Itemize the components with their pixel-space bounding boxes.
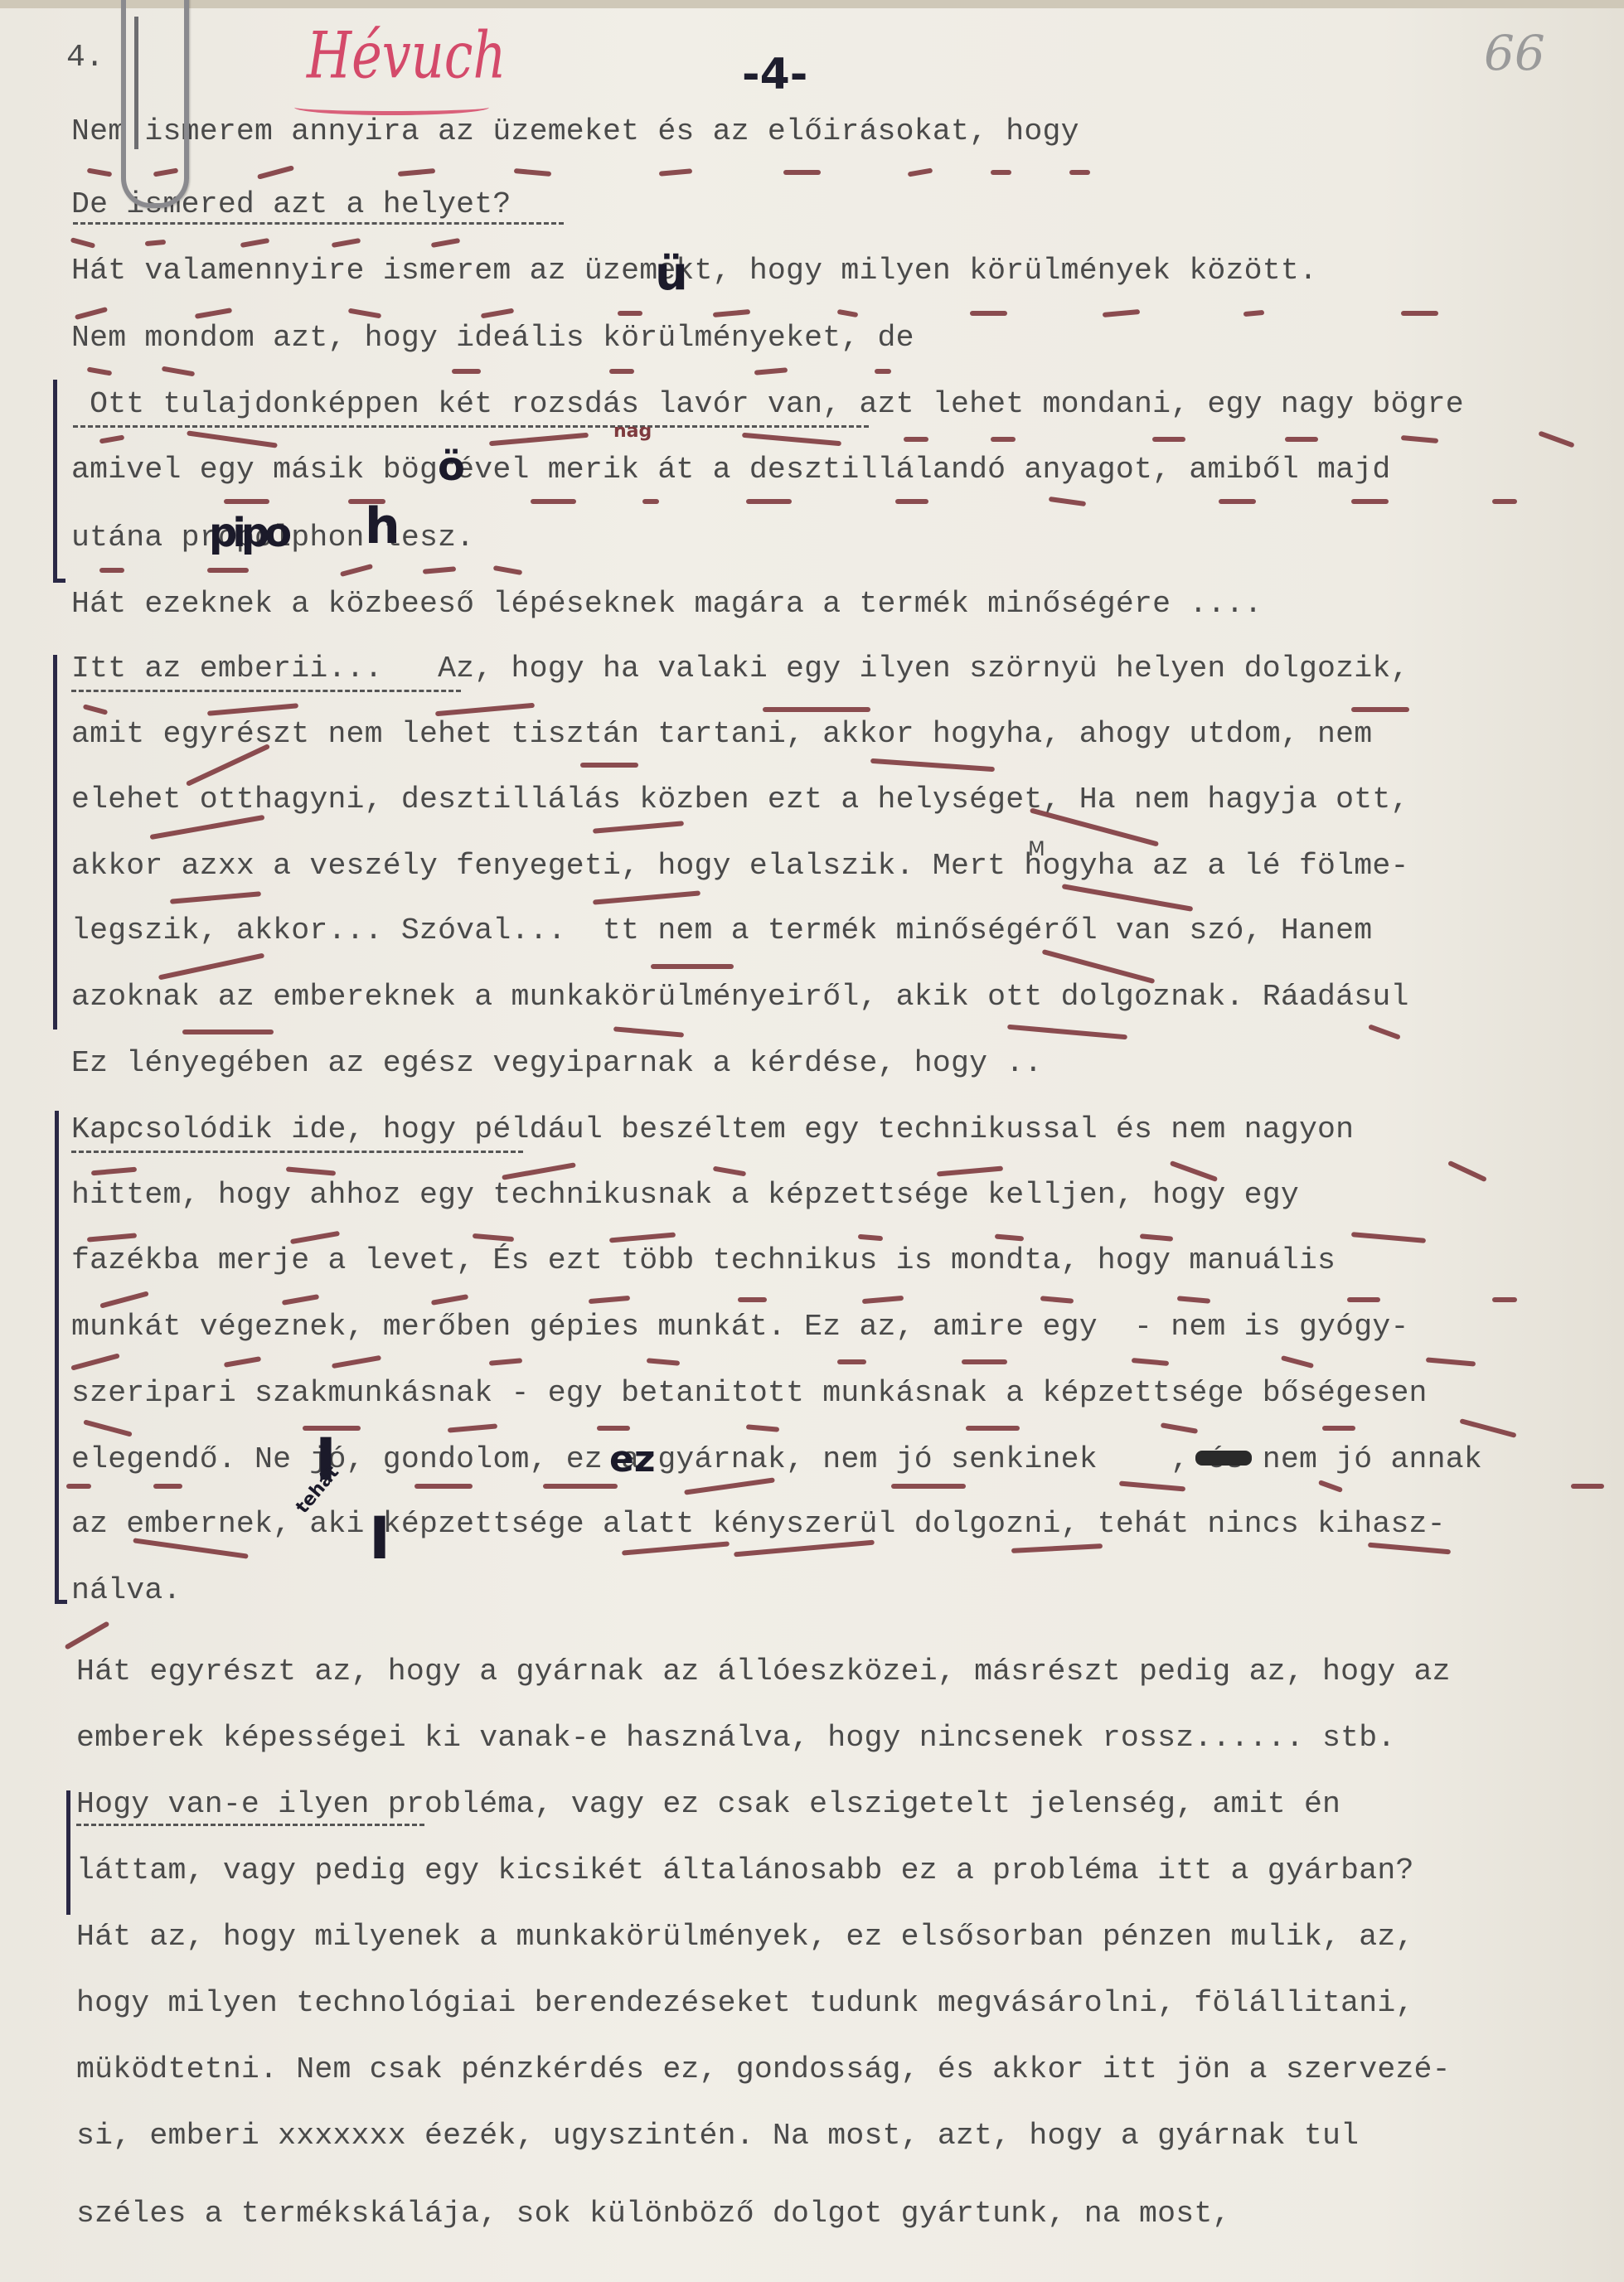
typed-line: legszik, akkor... Szóval... tt nem a ter… [71,913,1372,947]
red-pen-underline [1140,1233,1173,1241]
typed-line: Hát egyrészt az, hogy a gyárnak az állóe… [76,1655,1451,1688]
red-pen-underline [414,1484,473,1489]
red-pen-underline [891,1484,966,1489]
red-pen-underline [1152,437,1185,442]
red-pen-underline [452,369,481,374]
typed-line: si, emberi xxxxxxx éezék, ugyszintén. Na… [76,2119,1359,2153]
handwritten-correction: I [369,1504,390,1572]
red-pen-underline [162,366,195,377]
red-pen-underline [99,568,124,573]
red-pen-underline [622,1541,730,1555]
red-pen-underline [423,566,456,574]
paper-clip [121,0,189,208]
red-pen-underline [1322,1426,1355,1431]
red-pen-underline [908,167,933,177]
red-pen-underline [742,433,841,446]
red-pen-underline [962,1359,1007,1364]
red-pen-underline [991,437,1016,442]
red-pen-underline [153,1484,182,1489]
page-top-edge [0,0,1624,8]
red-pen-underline [543,1484,618,1489]
typed-line: müködtetni. Nem csak pénzkérdés ez, gond… [76,2052,1451,2086]
red-pen-underline [1069,170,1090,175]
red-pen-underline [937,1166,1003,1177]
red-pen-underline [286,1166,336,1175]
red-pen-underline [99,434,125,443]
typed-line: Hát ezeknek a közbeeső lépéseknek magára… [71,587,1263,621]
red-pen-underline [170,891,261,904]
red-pen-underline [531,499,576,504]
document-page: 4. Hévuch -4- 66 Nem ismerem annyira az … [0,0,1624,2282]
typed-line: láttam, vagy pedig egy kicsikét általáno… [76,1853,1414,1887]
red-pen-underline [783,170,821,175]
red-pen-underline [158,953,264,981]
typed-line: Itt az emberii... Az, hogy ha valaki egy… [71,652,1409,686]
handwritten-page-mark: -4- [742,50,807,99]
red-pen-underline [1103,309,1140,317]
handwritten-correction: M [1028,837,1045,860]
red-pen-underline [597,1426,630,1431]
red-pen-underline [1119,1481,1185,1492]
red-pen-underline [763,707,870,712]
red-pen-underline [613,1026,684,1037]
typed-line: Nem ismerem annyira az üzemeket és az el… [71,114,1079,148]
typed-line: azoknak az embereknek a munkakörülményei… [71,980,1409,1014]
blacked-out-word [1195,1451,1252,1466]
red-pen-underline [870,758,995,772]
red-pen-underline [398,168,435,177]
typed-line: szeripari szakmunkásnak - egy betanitott… [71,1376,1428,1410]
red-pen-underline [1368,1024,1401,1039]
red-pen-underline [589,1296,630,1304]
typed-underline [76,1824,424,1826]
red-pen-underline [282,1294,319,1306]
red-pen-underline [240,238,270,248]
typed-line: széles a termékskálája, sok különböző do… [76,2197,1231,2231]
red-pen-underline [1426,1357,1476,1366]
typed-underline [71,690,461,692]
red-pen-underline [1318,1480,1343,1493]
red-pen-underline [966,1426,1020,1431]
red-pen-underline [224,499,269,504]
typed-underline [71,1151,523,1153]
red-pen-underline [1492,499,1517,504]
red-pen-underline [1351,707,1409,712]
red-pen-underline [754,367,788,375]
red-pen-underline [150,815,265,840]
red-pen-underline [651,964,734,969]
red-pen-underline [332,1355,381,1369]
red-pen-underline [1459,1418,1516,1438]
red-pen-underline [87,167,113,177]
red-pen-underline [133,1538,248,1558]
red-pen-underline [1351,499,1389,504]
handwritten-correction: ö [438,443,465,490]
red-pen-underline [1011,1543,1103,1553]
red-pen-underline [609,1233,676,1243]
typed-line: Hát az, hogy milyenek a munkakörülmények… [76,1920,1414,1954]
typed-line: amivel egy másik bögrével merik át a des… [71,453,1390,487]
handwritten-correction: nag [613,421,652,442]
red-pen-underline [684,1477,775,1495]
typed-line: nálva. [71,1573,182,1607]
typed-line: fazékba merje a levet, És ezt több techn… [71,1243,1336,1277]
handwritten-correction: ü [655,247,688,301]
red-pen-underline [609,369,634,374]
red-pen-underline [1042,949,1156,984]
red-pen-underline [647,1358,680,1365]
red-pen-underline [66,1484,91,1489]
red-pen-underline [593,890,701,904]
red-pen-underline [858,1234,883,1242]
typed-line: munkát végeznek, merőben gépies munkát. … [71,1310,1409,1344]
red-pen-underline [1347,1297,1380,1302]
red-pen-underline [875,369,891,374]
red-pen-underline [489,433,589,446]
margin-bracket [53,655,65,1030]
red-pen-underline [1401,435,1438,443]
red-pen-underline [738,1297,767,1302]
red-pen-underline [207,703,298,716]
red-pen-underline [481,308,514,319]
red-pen-underline [1007,1025,1127,1040]
red-pen-underline [83,704,109,715]
handwritten-correction: ez [609,1438,655,1480]
handwritten-name: Hévuch [307,17,506,93]
red-pen-underline [493,565,523,575]
red-pen-underline [593,821,684,834]
paper-clip-inner [134,17,148,149]
red-pen-underline [182,1030,274,1034]
red-pen-underline [435,703,535,716]
red-pen-underline [1281,1355,1314,1369]
handwritten-correction: pipo [209,510,287,556]
margin-bracket [66,1790,79,1915]
red-pen-underline [195,308,232,319]
red-pen-underline [1285,437,1318,442]
red-pen-underline [1243,310,1264,317]
red-pen-underline [1571,1484,1604,1489]
red-pen-underline [348,308,381,319]
typed-line: Kapcsolódik ide, hogy például beszéltem … [71,1112,1354,1146]
red-pen-underline [1161,1422,1198,1434]
red-pen-underline [70,1353,120,1370]
red-pen-underline [1447,1160,1487,1183]
typed-line: akkor azxx a veszély fenyegeti, hogy ela… [71,849,1409,883]
handwritten-correction: h [365,497,400,555]
red-pen-underline [642,499,659,504]
red-pen-underline [895,499,928,504]
red-pen-underline [970,311,1007,316]
red-pen-underline [659,168,692,176]
red-pen-underline [746,499,792,504]
red-pen-underline [489,1358,522,1365]
red-pen-underline [224,1356,261,1368]
typed-underline [73,425,869,428]
typed-line: Ott tulajdonképpen két rozsdás lavór van… [71,387,1464,421]
margin-bracket [55,1111,67,1604]
red-pen-underline [75,307,108,320]
red-pen-underline [70,237,96,249]
red-pen-underline [145,240,166,246]
red-pen-underline [734,1540,875,1558]
red-pen-underline [1219,499,1256,504]
red-pen-underline [1401,311,1438,316]
red-pen-underline [837,309,859,317]
red-pen-underline [431,1294,468,1306]
red-pen-underline [257,165,294,179]
typed-line: az embernek, aki képzettsége alatt kénys… [71,1507,1446,1541]
red-pen-underline [1049,497,1086,506]
red-pen-underline [1177,1296,1210,1303]
red-pen-underline [87,366,113,375]
handwritten-name-underline [294,99,489,115]
red-pen-underline [1062,884,1194,912]
typed-line: Hogy van-e ilyen probléma, vagy ez csak … [76,1787,1340,1821]
red-pen-underline [448,1423,497,1432]
red-pen-underline [514,168,551,177]
typed-line: emberek képességei ki vanak-e használva,… [76,1721,1395,1755]
red-pen-underline [65,1621,110,1650]
red-pen-underline [713,309,750,317]
red-pen-underline [1040,1296,1074,1303]
red-pen-underline [713,1166,746,1177]
typed-line: hogy milyen technológiai berendezéseket … [76,1986,1414,2020]
typed-underline [73,222,564,225]
red-pen-underline [1368,1543,1451,1555]
pencil-folio-number: 66 [1484,25,1545,81]
red-pen-underline [91,1167,137,1176]
red-pen-underline [99,1291,149,1308]
typed-page-number: 4. [66,40,104,75]
red-pen-underline [187,430,278,448]
red-pen-underline [87,1233,137,1242]
red-pen-underline [431,238,461,248]
typed-line: Ez lényegében az egész vegyiparnak a kér… [71,1046,1043,1080]
typed-line: elegendő. Ne jó, gondolom, ez a gyárnak,… [71,1442,1482,1476]
red-pen-underline [290,1231,340,1244]
red-pen-underline [618,311,642,316]
red-pen-underline [995,1233,1024,1241]
red-pen-underline [1132,1358,1169,1366]
red-pen-underline [580,763,638,768]
red-pen-underline [991,170,1011,175]
red-pen-underline [83,1419,133,1437]
typed-line: Hát valamennyire ismerem az üzemekt, hog… [71,254,1317,288]
typed-line: Nem mondom azt, hogy ideális körülmények… [71,321,914,355]
typed-line: elehet otthagyni, desztillálás közben ez… [71,782,1409,816]
red-pen-underline [1492,1297,1517,1302]
red-pen-underline [207,568,249,573]
margin-bracket [53,380,65,583]
red-pen-underline [332,238,361,248]
red-pen-underline [1538,430,1574,448]
red-pen-underline [746,1424,779,1432]
red-pen-underline [1351,1232,1426,1243]
red-pen-underline [862,1296,904,1304]
typed-line: hittem, hogy ahhoz egy technikusnak a ké… [71,1178,1299,1212]
red-pen-underline [904,437,928,442]
red-pen-underline [837,1359,866,1364]
red-pen-underline [473,1233,514,1242]
red-pen-underline [340,564,373,577]
